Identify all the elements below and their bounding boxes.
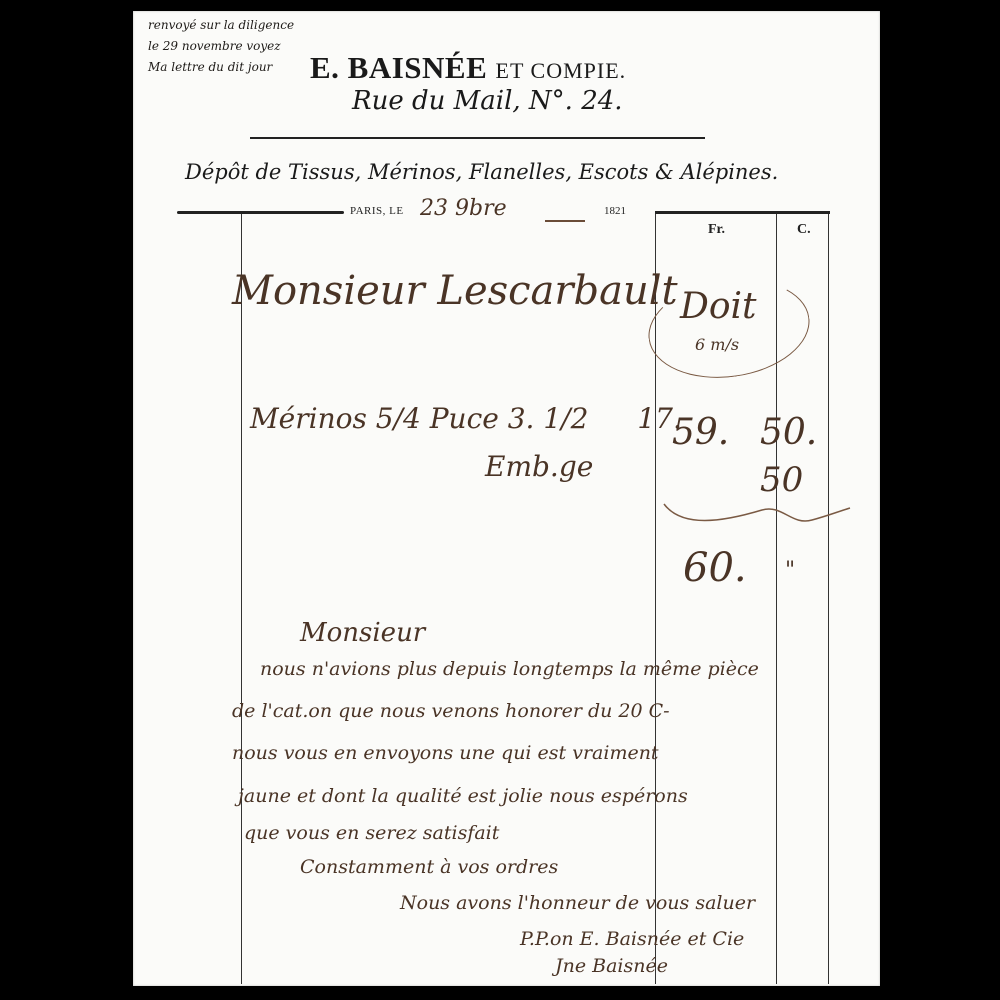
date-rule-left — [177, 211, 344, 214]
margin-note-line: le 29 novembre voyez — [148, 36, 294, 57]
letter-line: nous n'avions plus depuis longtemps la m… — [260, 658, 759, 680]
item-description: Mérinos 5/4 Puce 3. 1/2 — [250, 402, 588, 435]
signature-name: Jne Baisnée — [555, 955, 668, 977]
line-item-description: Mérinos 5/4 Puce 3. 1/2 17. — [250, 402, 682, 435]
letter-line: que vous en serez satisfait — [244, 822, 499, 844]
margin-annotation: renvoyé sur la diligence le 29 novembre … — [148, 15, 294, 78]
packing-item-description: Emb.ge — [485, 450, 593, 483]
margin-note-line: Ma lettre du dit jour — [148, 57, 294, 78]
date-underline — [545, 220, 585, 222]
trade-description: Dépôt de Tissus, Mérinos, Flanelles, Esc… — [185, 160, 778, 184]
year-label: 1821 — [604, 205, 626, 217]
letter-closing: Nous avons l'honneur de vous saluer — [400, 892, 755, 914]
owes-label: Doit — [680, 286, 757, 327]
letter-salutation: Monsieur — [300, 618, 425, 648]
recipient-name: Monsieur Lescarbault — [232, 268, 678, 314]
date-rule-right — [655, 211, 830, 214]
centimes-column-right-line — [828, 214, 829, 984]
letter-line: jaune et dont la qualité est jolie nous … — [238, 785, 688, 807]
handwritten-date: 23 9bre — [420, 196, 507, 221]
centimes-column-header: C. — [797, 222, 811, 238]
total-separator-flourish — [662, 500, 852, 530]
firm-address: Rue du Mail, N°. 24. — [352, 86, 623, 116]
firm-name-text: E. BAISNÉE — [310, 50, 487, 85]
letter-closing: Constamment à vos ordres — [300, 856, 558, 878]
letter-line: nous vous en envoyons une qui est vraime… — [232, 742, 659, 764]
signature-line: P.P.on E. Baisnée et Cie — [520, 928, 744, 950]
letter-line: de l'cat.on que nous venons honorer du 2… — [232, 700, 670, 722]
line-item-centimes: 50. — [760, 412, 817, 453]
header-rule — [250, 137, 705, 139]
place-label: PARIS, LE — [350, 205, 404, 217]
total-francs: 60. — [683, 545, 747, 591]
total-centimes: " — [785, 558, 795, 583]
firm-name: E. BAISNÉE ET COMPIE. — [310, 50, 626, 86]
packing-item-centimes: 50 — [760, 460, 803, 500]
payment-terms: 6 m/s — [695, 335, 739, 354]
line-item-francs: 59. — [672, 412, 729, 453]
firm-suffix: ET COMPIE. — [496, 58, 627, 83]
margin-note-line: renvoyé sur la diligence — [148, 15, 294, 36]
francs-column-header: Fr. — [708, 222, 725, 238]
left-margin-line — [241, 214, 242, 984]
